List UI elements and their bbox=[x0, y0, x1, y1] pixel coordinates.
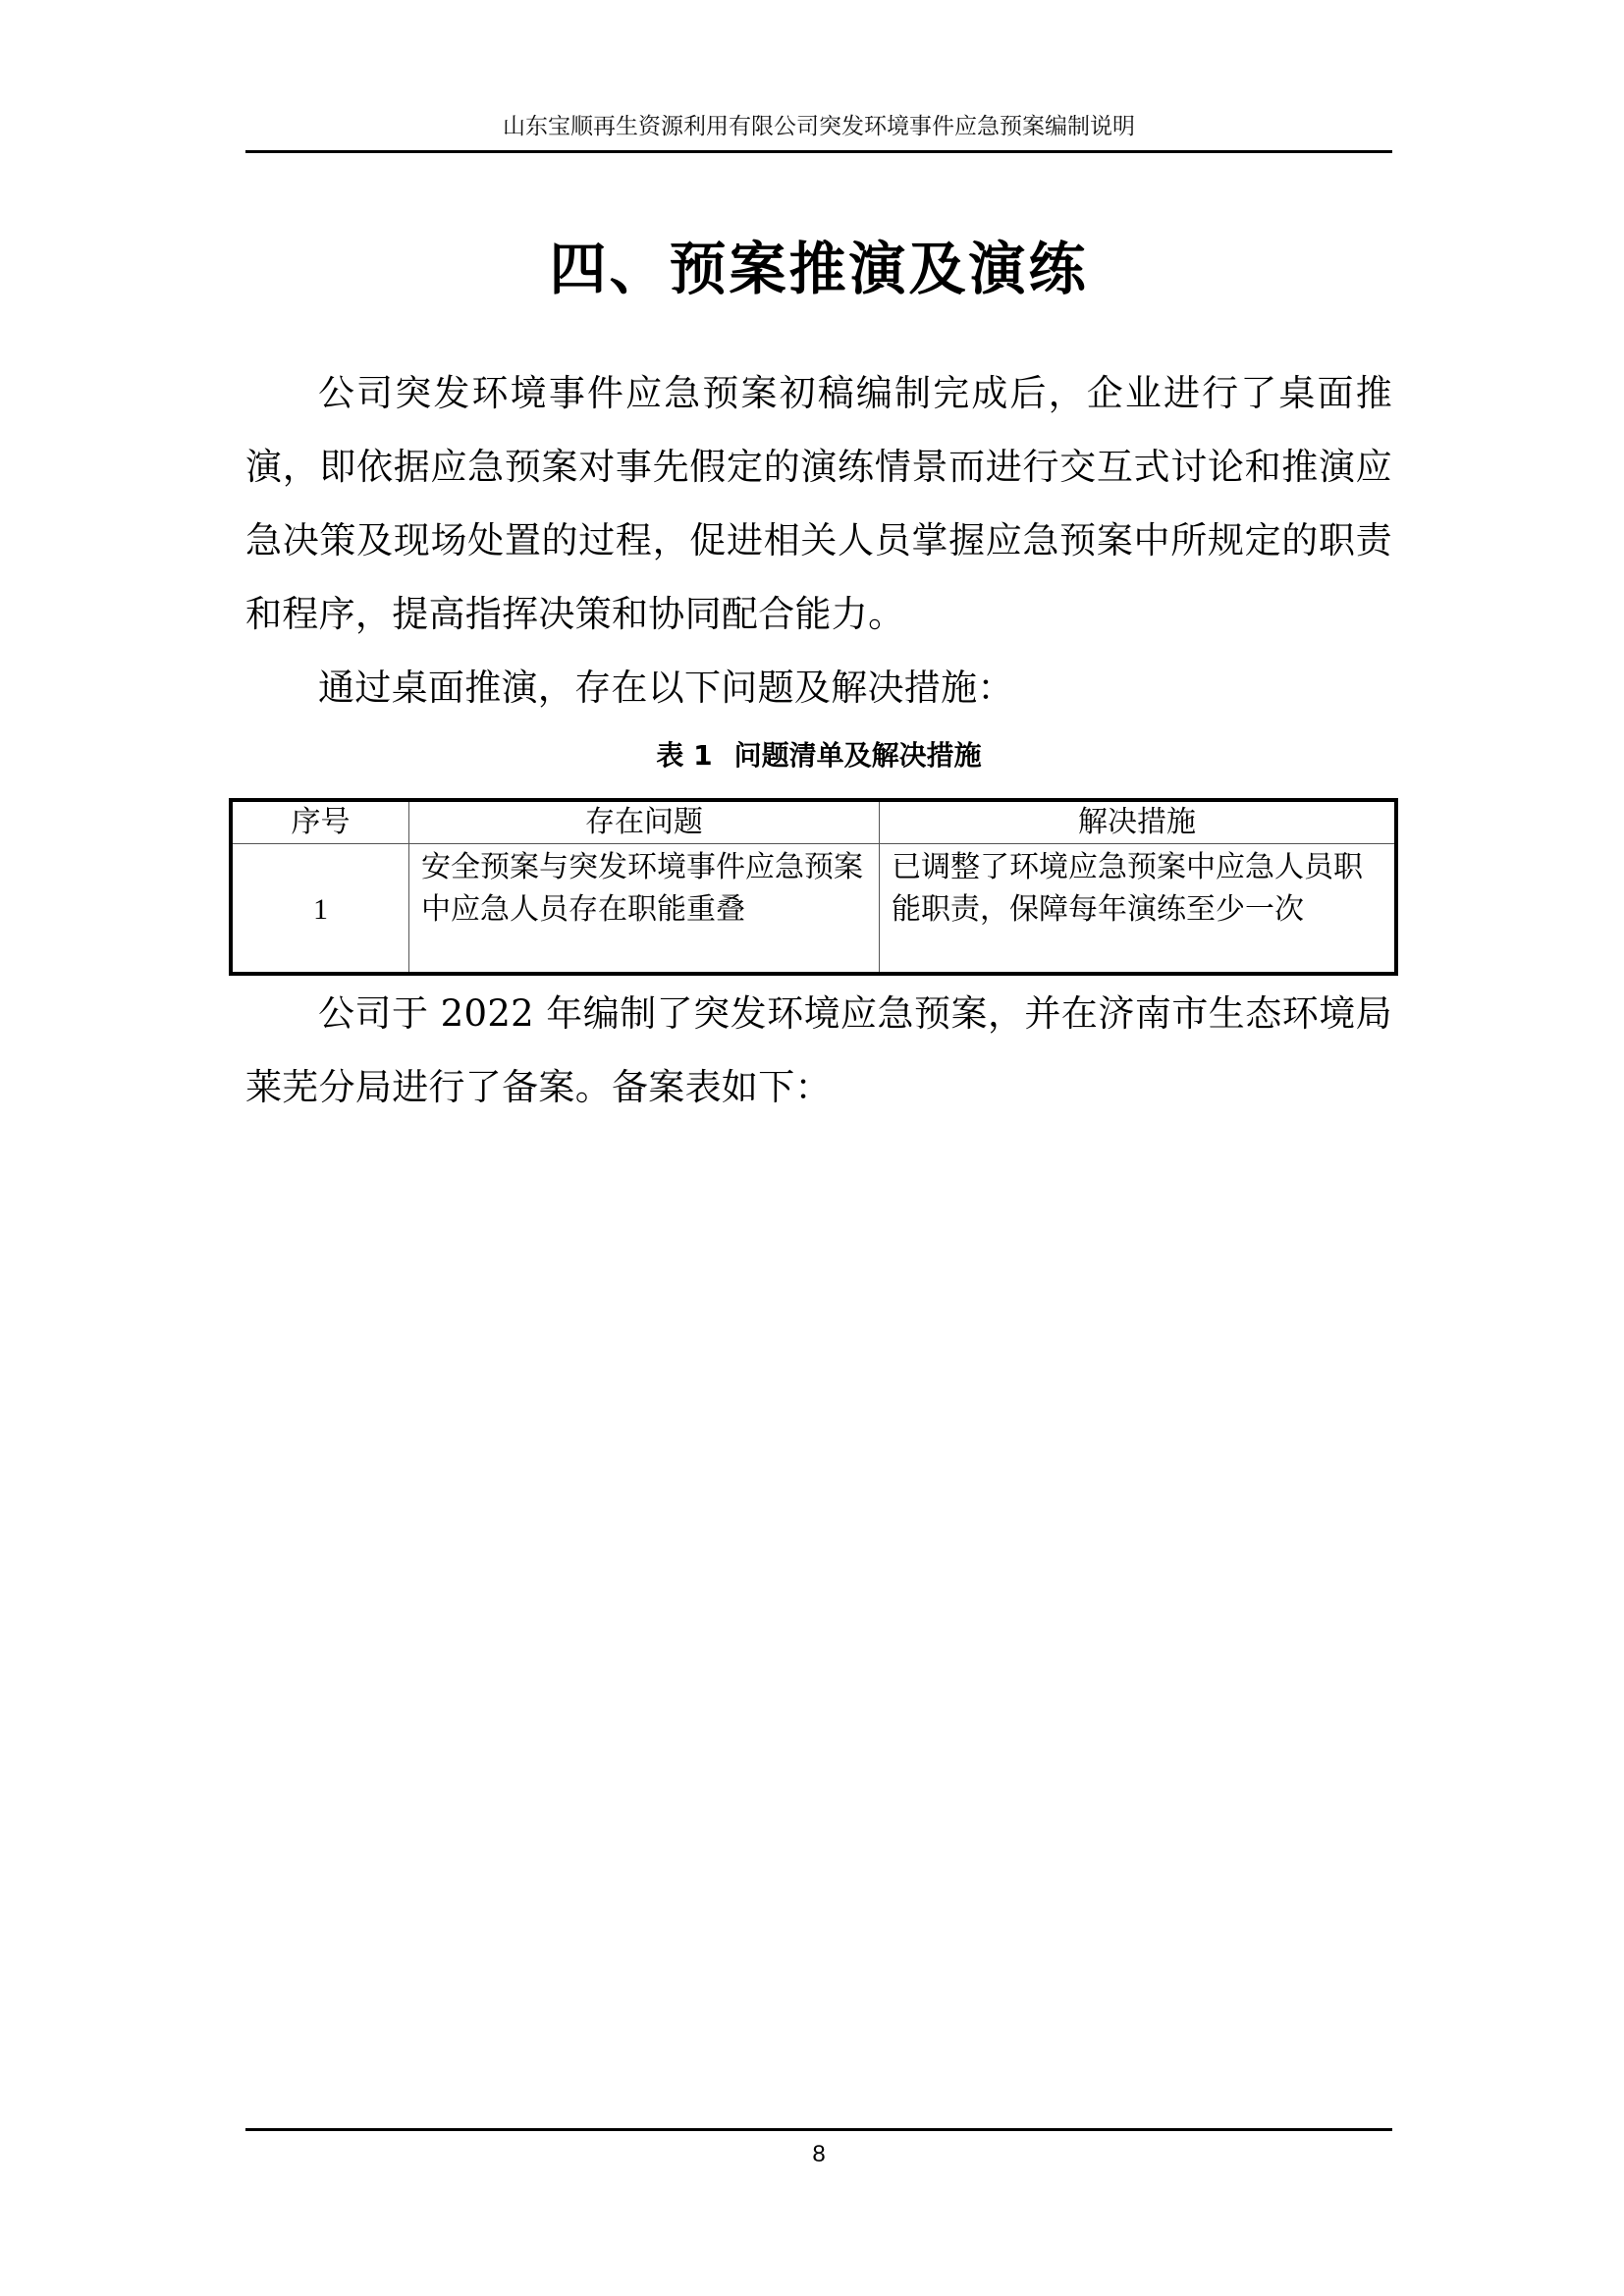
filing-paragraph: 公司于 2022 年编制了突发环境应急预案，并在济南市生态环境局莱芜分局进行了备… bbox=[245, 977, 1392, 1124]
running-header: 山东宝顺再生资源利用有限公司突发环境事件应急预案编制说明 bbox=[245, 112, 1392, 141]
lead-in-paragraph: 通过桌面推演，存在以下问题及解决措施： bbox=[245, 651, 1392, 724]
table-header-row: 序号 存在问题 解决措施 bbox=[231, 800, 1396, 844]
cell-solution: 已调整了环境应急预案中应急人员职能职责，保障每年演练至少一次 bbox=[880, 844, 1397, 975]
cell-issue: 安全预案与突发环境事件应急预案中应急人员存在职能重叠 bbox=[409, 844, 880, 975]
intro-paragraph: 公司突发环境事件应急预案初稿编制完成后，企业进行了桌面推演，即依据应急预案对事先… bbox=[245, 356, 1392, 651]
table-caption-number: 表 1 bbox=[656, 739, 712, 772]
column-header-issue: 存在问题 bbox=[409, 800, 880, 844]
footer-divider bbox=[245, 2128, 1392, 2131]
section-title: 四、预案推演及演练 bbox=[245, 232, 1392, 306]
page-number: 8 bbox=[245, 2140, 1392, 2169]
cell-seq: 1 bbox=[231, 844, 409, 975]
table-caption-title: 问题清单及解决措施 bbox=[734, 739, 982, 772]
header-divider bbox=[245, 150, 1392, 153]
table-caption: 表 1问题清单及解决措施 bbox=[245, 736, 1392, 775]
column-header-seq: 序号 bbox=[231, 800, 409, 844]
table-row: 1 安全预案与突发环境事件应急预案中应急人员存在职能重叠 已调整了环境应急预案中… bbox=[231, 844, 1396, 975]
issues-table: 序号 存在问题 解决措施 1 安全预案与突发环境事件应急预案中应急人员存在职能重… bbox=[229, 798, 1398, 976]
column-header-solution: 解决措施 bbox=[880, 800, 1397, 844]
